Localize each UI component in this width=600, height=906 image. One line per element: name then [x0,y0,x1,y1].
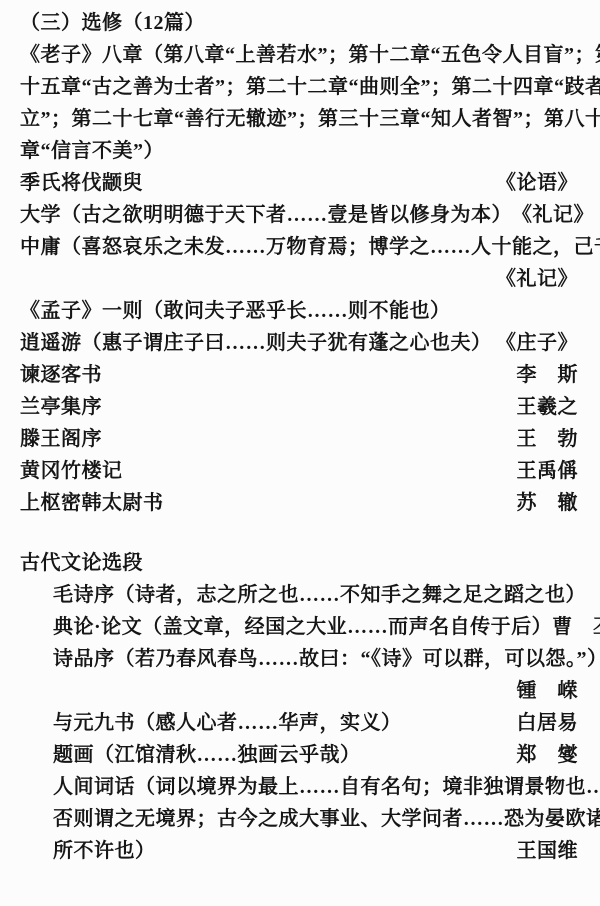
entry-line: 大学（古之欲明明德于天下者……壹是皆以修身为本）《礼记》 [20,199,578,231]
document-page: （三）选修（12篇）《老子》八章（第八章“上善若水”；第十二章“五色令人目盲”；… [0,0,600,906]
entry-title: 所不许也） [53,835,156,867]
document-body: （三）选修（12篇）《老子》八章（第八章“上善若水”；第十二章“五色令人目盲”；… [0,0,600,867]
entry-line: 所不许也）王国维 [20,835,578,867]
entry-line: 否则谓之无境界；古今之成大事业、大学问者……恐为晏欧诸公 [20,803,578,835]
entry-source: 王国维 [517,835,579,867]
entry-line: 逍遥游（惠子谓庄子曰……则夫子犹有蓬之心也夫）《庄子》 [20,327,578,359]
entry-title: 题画（江馆清秋……独画云乎哉） [53,739,361,771]
entry-title: 毛诗序（诗者，志之所之也……不知手之舞之足之蹈之也） [53,579,586,611]
entry-line: 谏逐客书李 斯 [20,359,578,391]
entry-line: 典论·论文（盖文章，经国之大业……而声名自传于后）曹 丕 [20,611,578,643]
entry-line: 十五章“古之善为士者”；第二十二章“曲则全”；第二十四章“跂者不 [20,71,578,103]
entry-source: 李 斯 [517,359,579,391]
entry-title: 章“信言不美”） [20,135,164,167]
entry-line: 中庸（喜怒哀乐之未发……万物育焉；博学之……人十能之，己千之） [20,231,578,263]
entry-title: 大学（古之欲明明德于天下者……壹是皆以修身为本） [20,199,512,231]
entry-source: 《论语》 [496,167,578,199]
entry-line: 诗品序（若乃春风春鸟……故曰：“《诗》可以群，可以怨。”） [20,643,578,675]
entry-source: 王羲之 [517,391,579,423]
entry-source: 《礼记》 [496,263,578,295]
entry-title: 立”；第二十七章“善行无辙迹”；第三十三章“知人者智”；第八十一 [20,103,600,135]
entry-line: 黄冈竹楼记王禹偁 [20,455,578,487]
entry-source: 郑 燮 [517,739,579,771]
entry-title: 谏逐客书 [20,359,102,391]
entry-line: 季氏将伐颛臾《论语》 [20,167,578,199]
entry-line: 兰亭集序王羲之 [20,391,578,423]
entry-title: 上枢密韩太尉书 [20,487,164,519]
entry-source: 王禹偁 [517,455,579,487]
entry-source: 白居易 [517,707,579,739]
entry-title: 《孟子》一则（敢问夫子恶乎长……则不能也） [20,295,451,327]
entry-line: 题画（江馆清秋……独画云乎哉）郑 燮 [20,739,578,771]
entry-line: 人间词话（词以境界为最上……自有名句；境非独谓景物也…… [20,771,578,803]
entry-title: 诗品序（若乃春风春鸟……故曰：“《诗》可以群，可以怨。”） [53,643,600,675]
entry-title: 中庸（喜怒哀乐之未发……万物育焉；博学之……人十能之，己千之） [20,231,600,263]
entry-title: 季氏将伐颛臾 [20,167,143,199]
entry-title: 古代文论选段 [20,547,143,579]
entry-source: 王 勃 [517,423,579,455]
entry-source: 苏 辙 [517,487,579,519]
entry-title: （三）选修（12篇） [20,7,205,39]
entry-line: 《孟子》一则（敢问夫子恶乎长……则不能也） [20,295,578,327]
entry-source: 《庄子》 [496,327,578,359]
entry-source: 《礼记》 [512,199,594,231]
entry-title: 黄冈竹楼记 [20,455,123,487]
entry-title: 典论·论文（盖文章，经国之大业……而声名自传于后） [53,611,552,643]
entry-line: 与元九书（感人心者……华声，实义）白居易 [20,707,578,739]
entry-line: 滕王阁序王 勃 [20,423,578,455]
entry-title: 否则谓之无境界；古今之成大事业、大学问者……恐为晏欧诸公 [53,803,600,835]
entry-title: 兰亭集序 [20,391,102,423]
entry-title: 《老子》八章（第八章“上善若水”；第十二章“五色令人目盲”；第 [20,39,600,71]
entry-source: 锺 嵘 [517,675,579,707]
entry-line: 毛诗序（诗者，志之所之也……不知手之舞之足之蹈之也） [20,579,578,611]
entry-title: 逍遥游（惠子谓庄子曰……则夫子犹有蓬之心也夫） [20,327,492,359]
entry-line: 立”；第二十七章“善行无辙迹”；第三十三章“知人者智”；第八十一 [20,103,578,135]
entry-line: 《礼记》 [20,263,578,295]
entry-line: 《老子》八章（第八章“上善若水”；第十二章“五色令人目盲”；第 [20,39,578,71]
entry-line: 章“信言不美”） [20,135,578,167]
entry-title: 与元九书（感人心者……华声，实义） [53,707,402,739]
entry-line: 古代文论选段 [20,547,578,579]
entry-title: 十五章“古之善为士者”；第二十二章“曲则全”；第二十四章“跂者不 [20,71,600,103]
entry-line: 锺 嵘 [20,675,578,707]
entry-line: 上枢密韩太尉书苏 辙 [20,487,578,519]
entry-title: 滕王阁序 [20,423,102,455]
entry-title: 人间词话（词以境界为最上……自有名句；境非独谓景物也…… [53,771,600,803]
entry-source: 曹 丕 [552,611,600,643]
entry-line: （三）选修（12篇） [20,7,578,39]
